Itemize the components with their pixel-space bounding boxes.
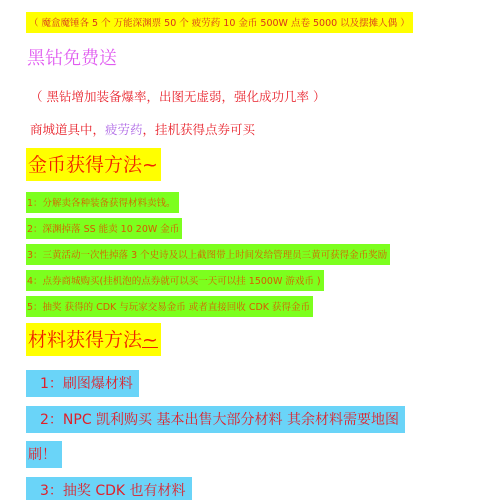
material-item-text: 2：NPC 凯利购买 基本出售大部分材料 其余材料需要地图: [26, 406, 405, 433]
material-title-tilde: ~: [142, 329, 158, 351]
gold-section-title: 金币获得方法~: [26, 148, 161, 181]
material-section-heading: 材料获得方法~: [26, 323, 161, 356]
material-item: 2：NPC 凯利购买 基本出售大部分材料 其余材料需要地图: [26, 406, 405, 433]
top-note: （ 魔盒魔锤各 5 个 万能深渊票 50 个 疲劳药 10 金币 500W 点卷…: [26, 12, 413, 33]
gold-section-heading: 金币获得方法~: [26, 148, 161, 181]
gold-item-text: 2：深渊掉落 SS 能卖 10 20W 金币: [26, 218, 182, 239]
vip-title: 黑钻免费送: [27, 44, 117, 70]
material-item-continued: 刷！: [26, 441, 62, 468]
gold-item: 2：深渊掉落 SS 能卖 10 20W 金币: [26, 217, 182, 239]
gold-item-text: 5：抽奖 获得的 CDK 与玩家交易金币 或者直接回收 CDK 获得金币: [26, 296, 313, 317]
gold-item: 1：分解卖各种装备获得材料卖钱。: [26, 191, 179, 213]
material-item-text: 1：刷图爆材料: [26, 370, 139, 397]
shop-note: 商城道具中，疲劳药，挂机获得点券可买: [30, 120, 255, 138]
vip-note: （ 黑钻增加装备爆率，出图无虚弱，强化成功几率 ）: [30, 87, 325, 105]
gold-item-text: 1：分解卖各种装备获得材料卖钱。: [26, 192, 179, 213]
top-note-line: （ 魔盒魔锤各 5 个 万能深渊票 50 个 疲劳药 10 金币 500W 点卷…: [26, 11, 413, 33]
gold-item-text: 4：点券商城购买(挂机泡的点券就可以买一天可以挂 1500W 游戏币 ): [26, 270, 324, 291]
material-title-main: 材料获得方法: [28, 329, 142, 351]
fatigue-potion-text: 疲劳药: [105, 122, 143, 137]
shop-note-prefix: 商城道具中，: [30, 122, 105, 137]
gold-item-text: 3：三黄活动一次性掉落 3 个史诗及以上截图带上时间发给管理员三黄可获得金币奖励: [26, 244, 390, 265]
gold-item: 5：抽奖 获得的 CDK 与玩家交易金币 或者直接回收 CDK 获得金币: [26, 295, 313, 317]
material-item-text: 3：抽奖 CDK 也有材料: [26, 477, 192, 500]
gold-item: 4：点券商城购买(挂机泡的点券就可以买一天可以挂 1500W 游戏币 ): [26, 269, 324, 291]
material-item: 1：刷图爆材料: [26, 370, 139, 397]
material-section-title: 材料获得方法~: [26, 323, 161, 356]
shop-note-suffix: ，挂机获得点券可买: [143, 122, 256, 137]
material-item-text: 刷！: [26, 441, 62, 468]
gold-item: 3：三黄活动一次性掉落 3 个史诗及以上截图带上时间发给管理员三黄可获得金币奖励: [26, 243, 390, 265]
material-item: 3：抽奖 CDK 也有材料: [26, 477, 192, 500]
